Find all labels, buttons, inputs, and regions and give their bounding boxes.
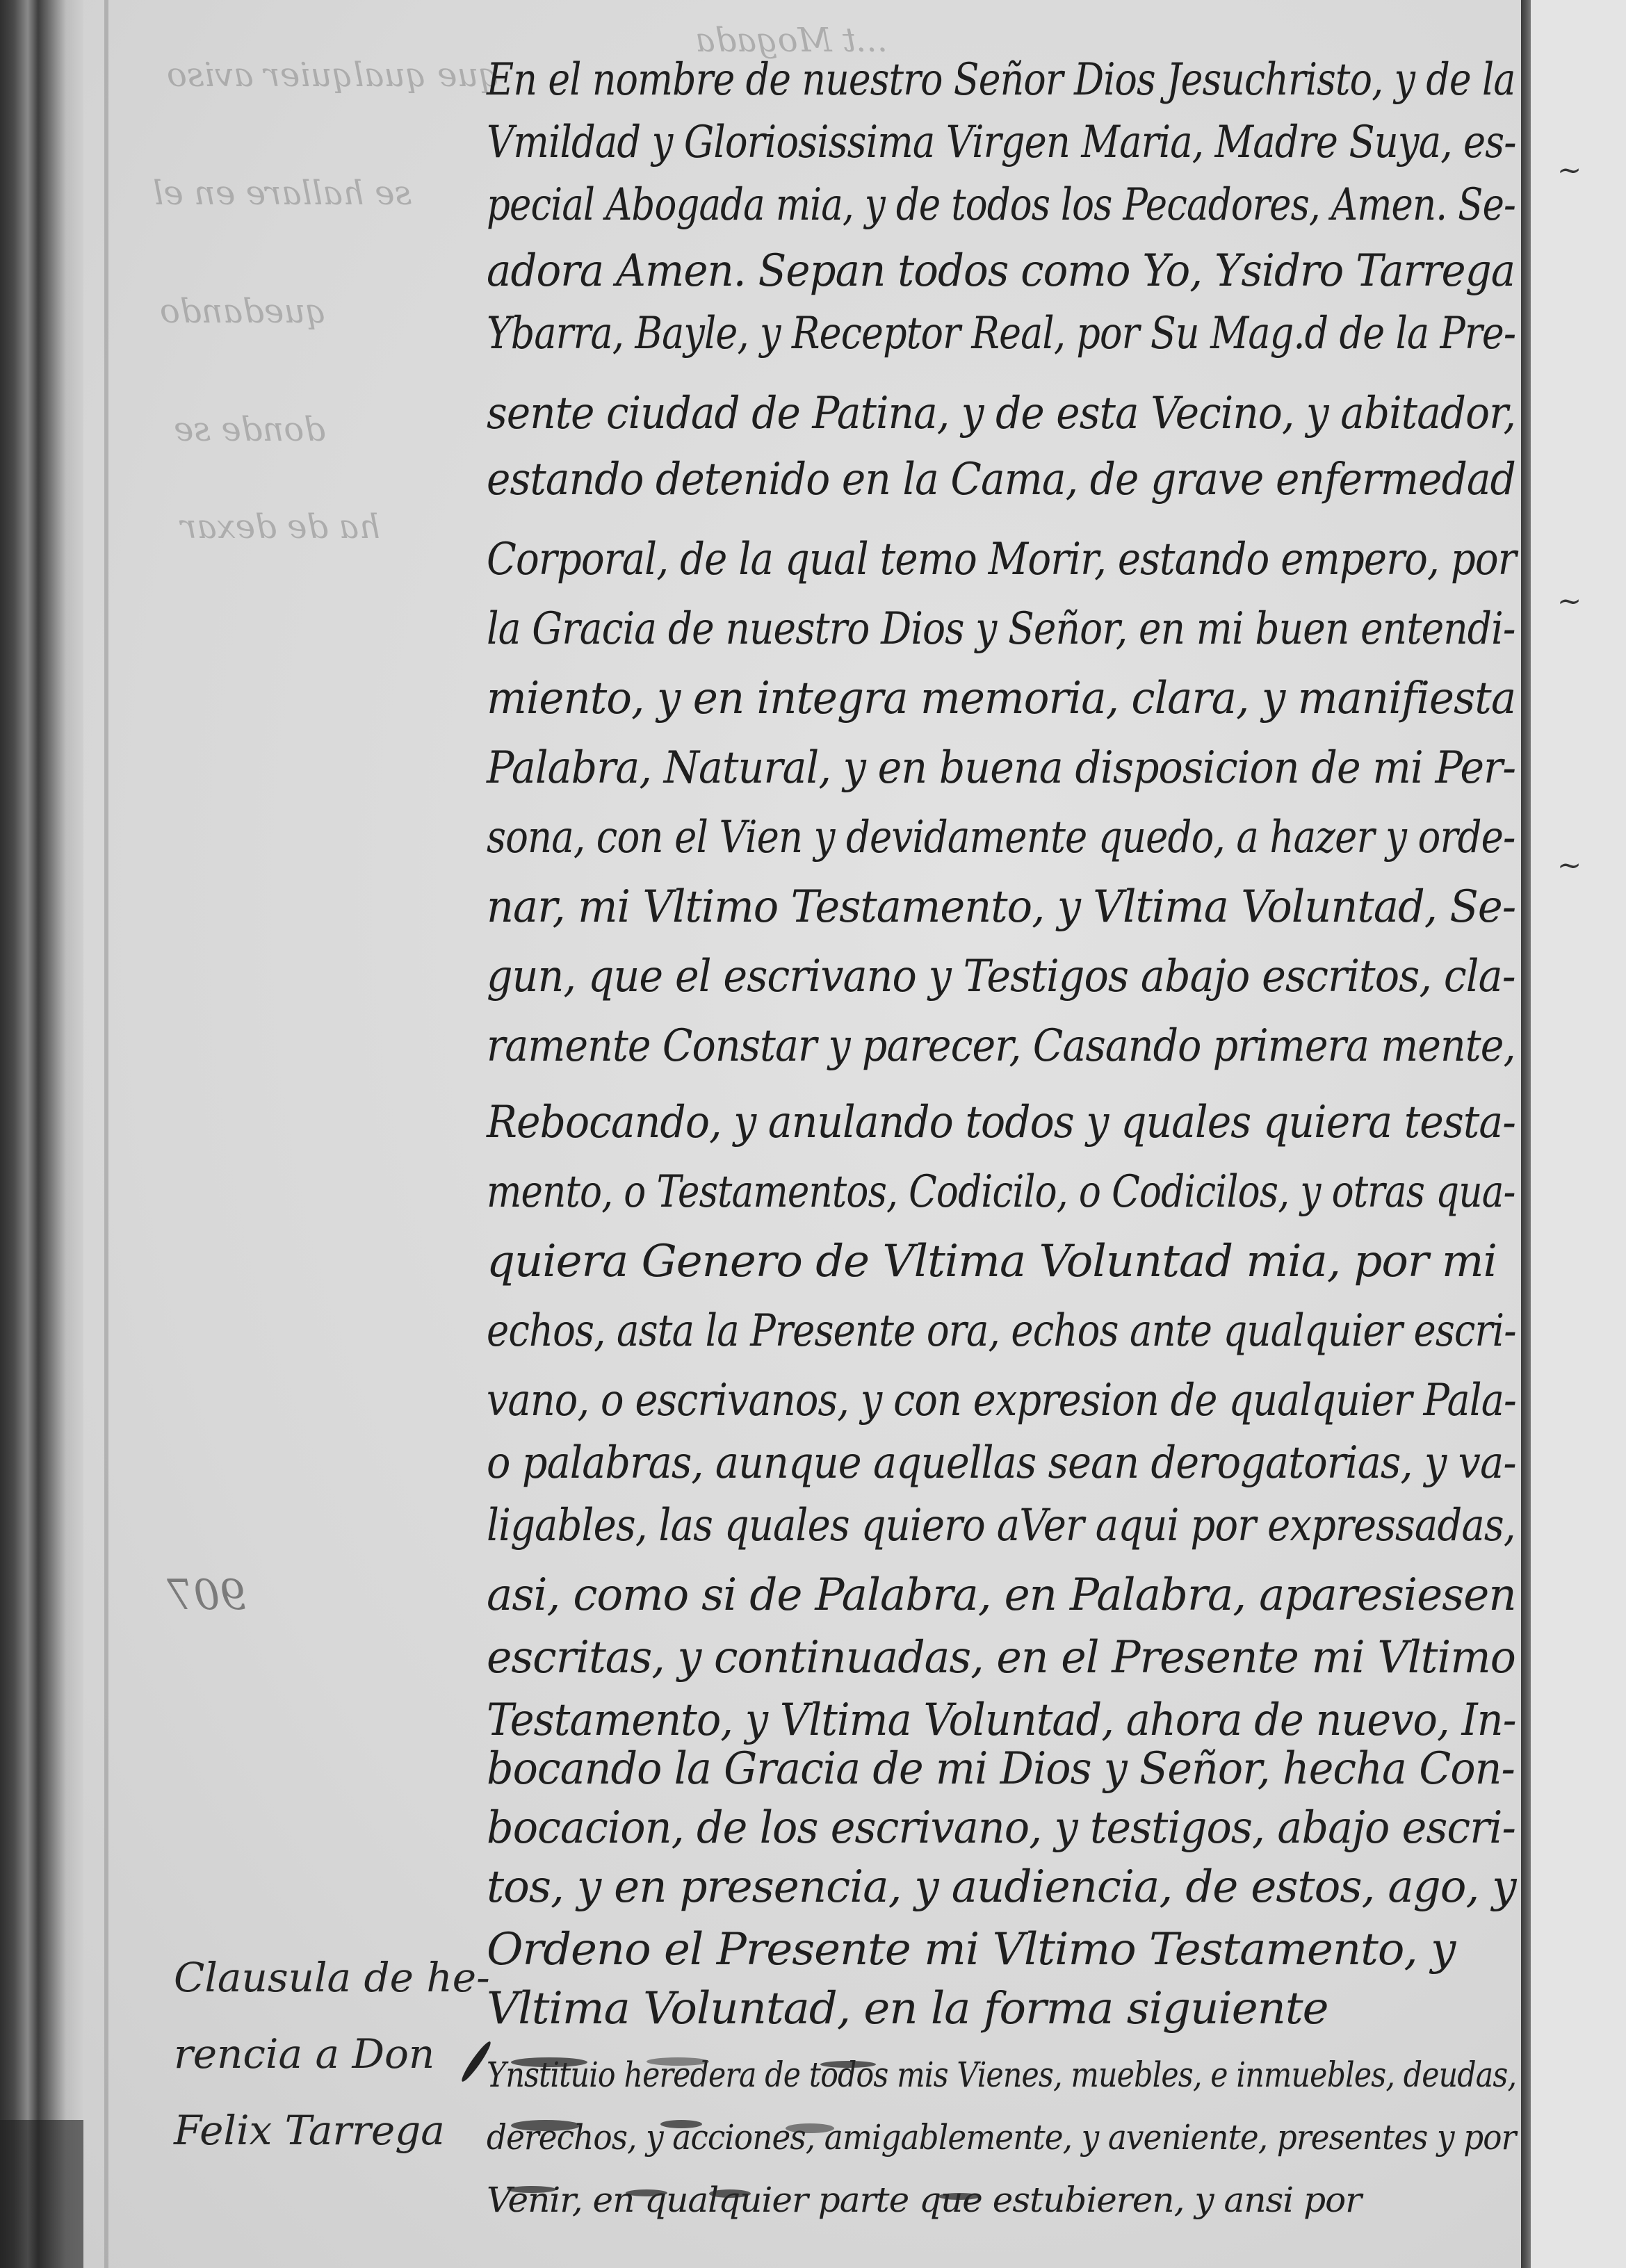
text-line: escritas, y continuadas, en el Presente … [487,1633,1515,1682]
bleed-through-text: se hallare en el [153,174,412,213]
gutter-shadow [0,2120,83,2268]
page-edge [1521,0,1531,2268]
underline-stroke [626,2189,667,2196]
manuscript-scan: ...t Mogada que qualquier aviso se halla… [0,0,1626,2268]
bleed-through-text: ha de dexar [181,507,380,546]
text-line: bocando la Gracia de mi Dios y Señor, he… [487,1745,1515,1793]
text-line: mento, o Testamentos, Codicilo, o Codici… [487,1168,1515,1216]
gutter-fold-line [104,0,108,2268]
text-line: Rebocando, y anulando todos y quales qui… [487,1098,1515,1147]
text-line: adora Amen. Sepan todos como Yo, Ysidro … [487,247,1515,295]
text-line: Vltima Voluntad, en la forma siguiente [487,1984,1328,2033]
text-line: miento, y en integra memoria, clara, y m… [487,674,1515,723]
margin-note-line: Felix Tarrega [174,2092,466,2169]
bleed-through-text: quedando [160,292,327,331]
text-line: echos, asta la Presente ora, echos ante … [487,1307,1516,1355]
text-line: En el nombre de nuestro Señor Dios Jesuc… [487,56,1515,104]
underline-stroke [511,2120,580,2131]
text-line: asi, como si de Palabra, en Palabra, apa… [487,1571,1516,1620]
underline-stroke [511,2057,587,2067]
text-line-underlined: Ynstituio heredera de todos mis Vienes, … [487,2050,1516,2099]
underline-stroke [709,2189,751,2198]
text-line: o palabras, aunque aquellas sean derogat… [487,1439,1516,1487]
underline-stroke [507,2186,556,2193]
underline-stroke [647,2057,709,2066]
text-line: ramente Constar y parecer, Casando prime… [487,1022,1515,1070]
margin-note-line: rencia a Don [174,2016,466,2092]
text-line: sona, con el Vien y devidamente quedo, a… [487,813,1515,862]
edge-mark: ~ [1557,153,1582,187]
text-line: Corporal, de la qual temo Morir, estando… [487,535,1516,584]
edge-mark: ~ [1557,584,1582,618]
bleed-through-text: donde se [174,410,325,449]
text-line-underlined: derechos, y acciones, amigablemente, y a… [487,2113,1515,2162]
text-line: tos, y en presencia, y audiencia, de est… [487,1863,1516,1911]
text-line: ligables, las quales quiero aVer aqui po… [487,1501,1515,1550]
text-line: gun, que el escrivano y Testigos abajo e… [487,952,1515,1001]
facing-page-strip [1531,0,1626,2268]
text-line-underlined: Venir, en qualquier parte que estubieren… [487,2176,1361,2224]
edge-mark: ~ [1557,848,1582,882]
text-line: bocacion, de los escrivano, y testigos, … [487,1804,1515,1852]
margin-note-line: Clausula de he- [174,1939,466,2016]
text-line: Ybarra, Bayle, y Receptor Real, por Su M… [487,309,1515,358]
text-line: nar, mi Vltimo Testamento, y Vltima Volu… [487,883,1515,931]
bleed-through-text: que qualquier aviso [167,56,500,95]
text-line: Palabra, Natural, y en buena disposicion… [487,744,1515,792]
underline-stroke [786,2123,834,2133]
underline-stroke [820,2061,876,2068]
underline-stroke [938,2193,980,2200]
text-line: Ordeno el Presente mi Vltimo Testamento,… [487,1925,1455,1974]
text-line: sente ciudad de Patina, y de esta Vecino… [487,389,1515,438]
text-line: Testamento, y Vltima Voluntad, ahora de … [487,1696,1516,1745]
text-line: estando detenido en la Cama, de grave en… [487,455,1515,504]
text-line: vano, o escrivanos, y con expresion de q… [487,1376,1516,1425]
text-line: pecial Abogada mia, y de todos los Pecad… [487,181,1515,229]
folio-number-bleed: 907 [167,1571,247,1620]
marginal-note: Clausula de he- rencia a Don Felix Tarre… [174,1939,466,2169]
text-line: Vmildad y Gloriosissima Virgen Maria, Ma… [487,118,1516,167]
text-line: quiera Genero de Vltima Voluntad mia, po… [487,1237,1497,1286]
text-line: la Gracia de nuestro Dios y Señor, en mi… [487,605,1515,653]
underline-stroke [660,2120,702,2128]
binding-gutter [0,0,83,2268]
